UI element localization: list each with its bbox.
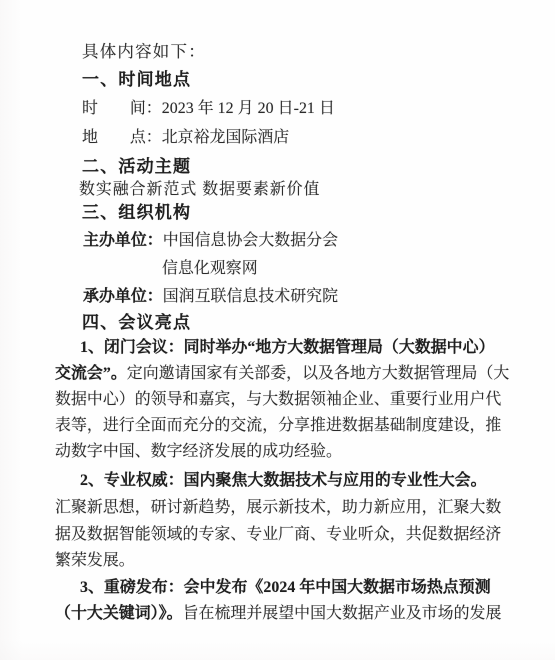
highlight-3-line-2-bold: （十大关键词）》。 <box>55 605 183 622</box>
host-value: 中国信息协会大数据分会 <box>163 232 338 249</box>
section-3-heading: 三、组织机构 <box>82 203 191 223</box>
host-line: 主办单位：中国信息协会大数据分会 <box>83 232 338 250</box>
highlight-2-line-2: 汇聚新思想，研讨新趋势，展示新技术，助力新应用，汇聚大数 <box>55 499 501 517</box>
highlight-3-line-2-normal: 旨在梳理并展望中国大数据产业及市场的发展 <box>183 605 502 622</box>
theme-line: 数实融合新范式 数据要素新价值 <box>79 181 320 199</box>
time-line: 时 间：2023 年 12 月 20 日-21 日 <box>82 100 335 118</box>
highlight-1-line-2-bold: 交流会”。 <box>55 365 127 382</box>
host-line-2: 信息化观察网 <box>162 260 258 278</box>
venue-line: 地 点：北京裕龙国际酒店 <box>82 129 289 147</box>
highlight-3-line-1: 3、重磅发布：会中发布《2024 年中国大数据市场热点预测 <box>80 579 491 597</box>
highlight-1-line-3: 数据中心）的领导和嘉宾，与大数据领袖企业、重要行业用户代 <box>55 391 501 409</box>
intro-line: 具体内容如下： <box>82 43 206 62</box>
highlight-1-line-2: 交流会”。定向邀请国家有关部委，以及各地方大数据管理局（大 <box>55 365 509 383</box>
host-label: 主办单位： <box>83 232 163 249</box>
section-4-heading: 四、会议亮点 <box>82 313 191 333</box>
section-2-heading: 二、活动主题 <box>82 157 191 177</box>
highlight-2-line-3: 据及数据智能领域的专家、专业厂商、专业听众，共促数据经济 <box>55 526 501 544</box>
highlight-1-line-5: 动数字中国、数字经济发展的成功经验。 <box>55 443 342 461</box>
highlight-2-line-4: 繁荣发展。 <box>55 552 135 570</box>
highlight-1-line-4: 表等，进行全面而充分的交流，分享推进数据基础制度建设，推 <box>55 417 501 435</box>
highlight-2-line-1: 2、专业权威：国内聚焦大数据技术与应用的专业性大会。 <box>80 472 487 490</box>
organizer-line: 承办单位：国润互联信息技术研究院 <box>83 288 338 306</box>
scanned-document-page: 具体内容如下： 一、时间地点 时 间：2023 年 12 月 20 日-21 日… <box>0 0 555 660</box>
section-1-heading: 一、时间地点 <box>82 70 191 90</box>
highlight-1-line-2-normal: 定向邀请国家有关部委，以及各地方大数据管理局（大 <box>127 365 510 382</box>
organizer-label: 承办单位： <box>83 288 163 305</box>
highlight-3-line-2: （十大关键词）》。旨在梳理并展望中国大数据产业及市场的发展 <box>55 605 501 623</box>
highlight-1-line-1: 1、闭门会议：同时举办“地方大数据管理局（大数据中心） <box>80 339 495 357</box>
organizer-value: 国润互联信息技术研究院 <box>163 288 338 305</box>
